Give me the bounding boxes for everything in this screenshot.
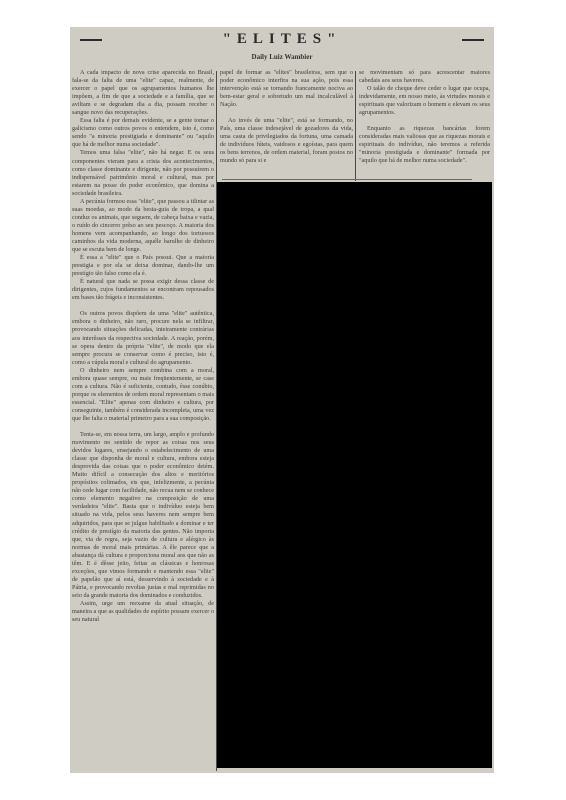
article-column-3: se movimentam só para acrescentar maiore… <box>359 69 490 166</box>
article-column-1: A cada impacto de nova crise aparecida n… <box>72 69 214 624</box>
paragraph: Os outros povos dispõem de uma "elite" a… <box>72 310 214 366</box>
column-divider-2 <box>355 71 356 181</box>
paragraph: Enquanto as riquezas bancárias forem con… <box>359 125 490 165</box>
article-byline: Daily Luiz Wambier <box>70 53 494 61</box>
paragraph: Temos uma falsa "elite", não há negar. E… <box>72 149 214 197</box>
paragraph: É essa a "elite" que o País possui. Que … <box>72 254 214 278</box>
paragraph: se movimentam só para acrescentar maiore… <box>359 69 490 85</box>
article-column-2: papel de formar as "elites" brasileiras,… <box>220 69 353 166</box>
paragraph: O dinheiro nem sempre combina com a mora… <box>72 367 214 423</box>
bottom-rule <box>222 179 472 180</box>
paragraph: Ao invés de uma "elite", está se formand… <box>220 117 353 165</box>
paragraph: Essa falta é por demais evidente, se a g… <box>72 117 214 149</box>
newspaper-page: "ELITES" Daily Luiz Wambier A cada impac… <box>70 27 494 773</box>
redacted-region <box>217 182 492 768</box>
paragraph: Tenta-se, em nossa terra, um largo, ampl… <box>72 431 214 600</box>
article-title: "ELITES" <box>70 31 494 48</box>
paragraph: A cada impacto de nova crise aparecida n… <box>72 69 214 117</box>
paragraph: Assim, urge um reexame da atual situação… <box>72 600 214 624</box>
paragraph: papel de formar as "elites" brasileiras,… <box>220 69 353 109</box>
paragraph: A pecúnia formou essa "elite", que passo… <box>72 198 214 254</box>
paragraph: O talão de cheque deve ceder o lugar que… <box>359 85 490 117</box>
paragraph: É natural que nada se possa exigir dessa… <box>72 278 214 302</box>
